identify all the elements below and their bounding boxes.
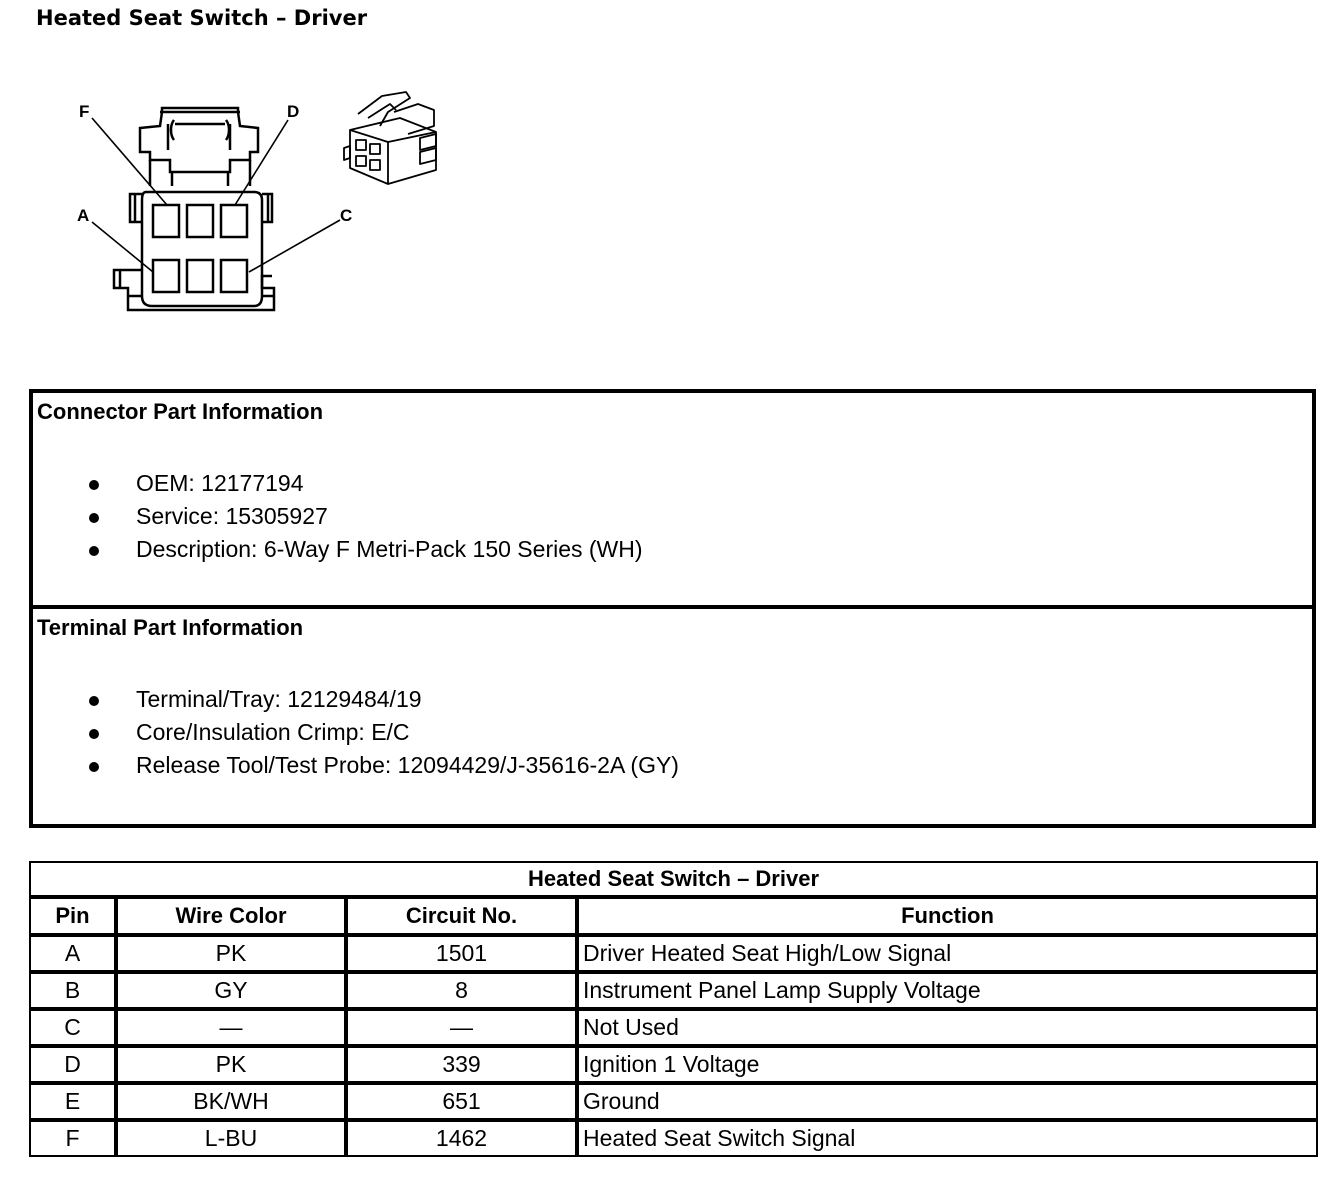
bullet-icon bbox=[89, 696, 99, 706]
part-information-panel: Connector Part Information OEM: 12177194… bbox=[29, 389, 1316, 828]
table-caption-row: Heated Seat Switch – Driver bbox=[30, 862, 1317, 897]
pin-label-c: C bbox=[340, 206, 352, 225]
bullet-icon bbox=[89, 762, 99, 772]
pin-cell: D bbox=[30, 1046, 116, 1083]
function-cell: Driver Heated Seat High/Low Signal bbox=[577, 935, 1317, 972]
table-caption: Heated Seat Switch – Driver bbox=[30, 862, 1317, 897]
circuit-cell: — bbox=[346, 1009, 577, 1046]
pin-label-a: A bbox=[77, 206, 89, 225]
circuit-cell: 339 bbox=[346, 1046, 577, 1083]
connector-body-outline bbox=[114, 108, 274, 310]
bullet-icon bbox=[89, 480, 99, 490]
circuit-cell: 1462 bbox=[346, 1120, 577, 1156]
function-cell: Instrument Panel Lamp Supply Voltage bbox=[577, 972, 1317, 1009]
connector-part-info-heading: Connector Part Information bbox=[37, 399, 323, 425]
pin-cell: E bbox=[30, 1083, 116, 1120]
table-row: E BK/WH 651 Ground bbox=[30, 1083, 1317, 1120]
connector-isometric-icon bbox=[338, 82, 448, 192]
wire-color-cell: PK bbox=[116, 935, 346, 972]
list-item: Terminal/Tray: 12129484/19 bbox=[33, 683, 679, 716]
table-row: C — — Not Used bbox=[30, 1009, 1317, 1046]
bullet-icon bbox=[89, 729, 99, 739]
table-row: B GY 8 Instrument Panel Lamp Supply Volt… bbox=[30, 972, 1317, 1009]
column-header-circuit: Circuit No. bbox=[346, 897, 577, 935]
wire-color-cell: L-BU bbox=[116, 1120, 346, 1156]
bullet-icon bbox=[89, 513, 99, 523]
pinout-table: Heated Seat Switch – Driver Pin Wire Col… bbox=[29, 861, 1318, 1157]
terminal-part-info: Terminal Part Information Terminal/Tray:… bbox=[33, 609, 1312, 824]
terminal-part-info-list: Terminal/Tray: 12129484/19 Core/Insulati… bbox=[33, 683, 679, 782]
column-header-pin: Pin bbox=[30, 897, 116, 935]
circuit-cell: 8 bbox=[346, 972, 577, 1009]
column-header-function: Function bbox=[577, 897, 1317, 935]
list-item: Description: 6-Way F Metri-Pack 150 Seri… bbox=[33, 533, 643, 566]
wire-color-cell: — bbox=[116, 1009, 346, 1046]
function-cell: Ignition 1 Voltage bbox=[577, 1046, 1317, 1083]
list-item: Core/Insulation Crimp: E/C bbox=[33, 716, 679, 749]
column-header-wire-color: Wire Color bbox=[116, 897, 346, 935]
connector-part-info: Connector Part Information OEM: 12177194… bbox=[33, 393, 1312, 609]
connector-part-info-list: OEM: 12177194 Service: 15305927 Descript… bbox=[33, 467, 643, 566]
table-header-row: Pin Wire Color Circuit No. Function bbox=[30, 897, 1317, 935]
pin-label-d: D bbox=[287, 102, 299, 121]
pin-cell: B bbox=[30, 972, 116, 1009]
wire-color-cell: GY bbox=[116, 972, 346, 1009]
pin-cell: F bbox=[30, 1120, 116, 1156]
pin-cavities bbox=[153, 205, 247, 292]
table-row: A PK 1501 Driver Heated Seat High/Low Si… bbox=[30, 935, 1317, 972]
circuit-cell: 1501 bbox=[346, 935, 577, 972]
list-item: Service: 15305927 bbox=[33, 500, 643, 533]
list-item: OEM: 12177194 bbox=[33, 467, 643, 500]
pin-label-f: F bbox=[79, 102, 89, 121]
function-cell: Heated Seat Switch Signal bbox=[577, 1120, 1317, 1156]
table-row: F L-BU 1462 Heated Seat Switch Signal bbox=[30, 1120, 1317, 1156]
circuit-cell: 651 bbox=[346, 1083, 577, 1120]
list-item: Release Tool/Test Probe: 12094429/J-3561… bbox=[33, 749, 679, 782]
wire-color-cell: PK bbox=[116, 1046, 346, 1083]
bullet-icon bbox=[89, 546, 99, 556]
function-cell: Ground bbox=[577, 1083, 1317, 1120]
function-cell: Not Used bbox=[577, 1009, 1317, 1046]
pin-cell: A bbox=[30, 935, 116, 972]
wire-color-cell: BK/WH bbox=[116, 1083, 346, 1120]
pin-cell: C bbox=[30, 1009, 116, 1046]
table-row: D PK 339 Ignition 1 Voltage bbox=[30, 1046, 1317, 1083]
page-title: Heated Seat Switch – Driver bbox=[36, 6, 367, 30]
terminal-part-info-heading: Terminal Part Information bbox=[37, 615, 303, 641]
